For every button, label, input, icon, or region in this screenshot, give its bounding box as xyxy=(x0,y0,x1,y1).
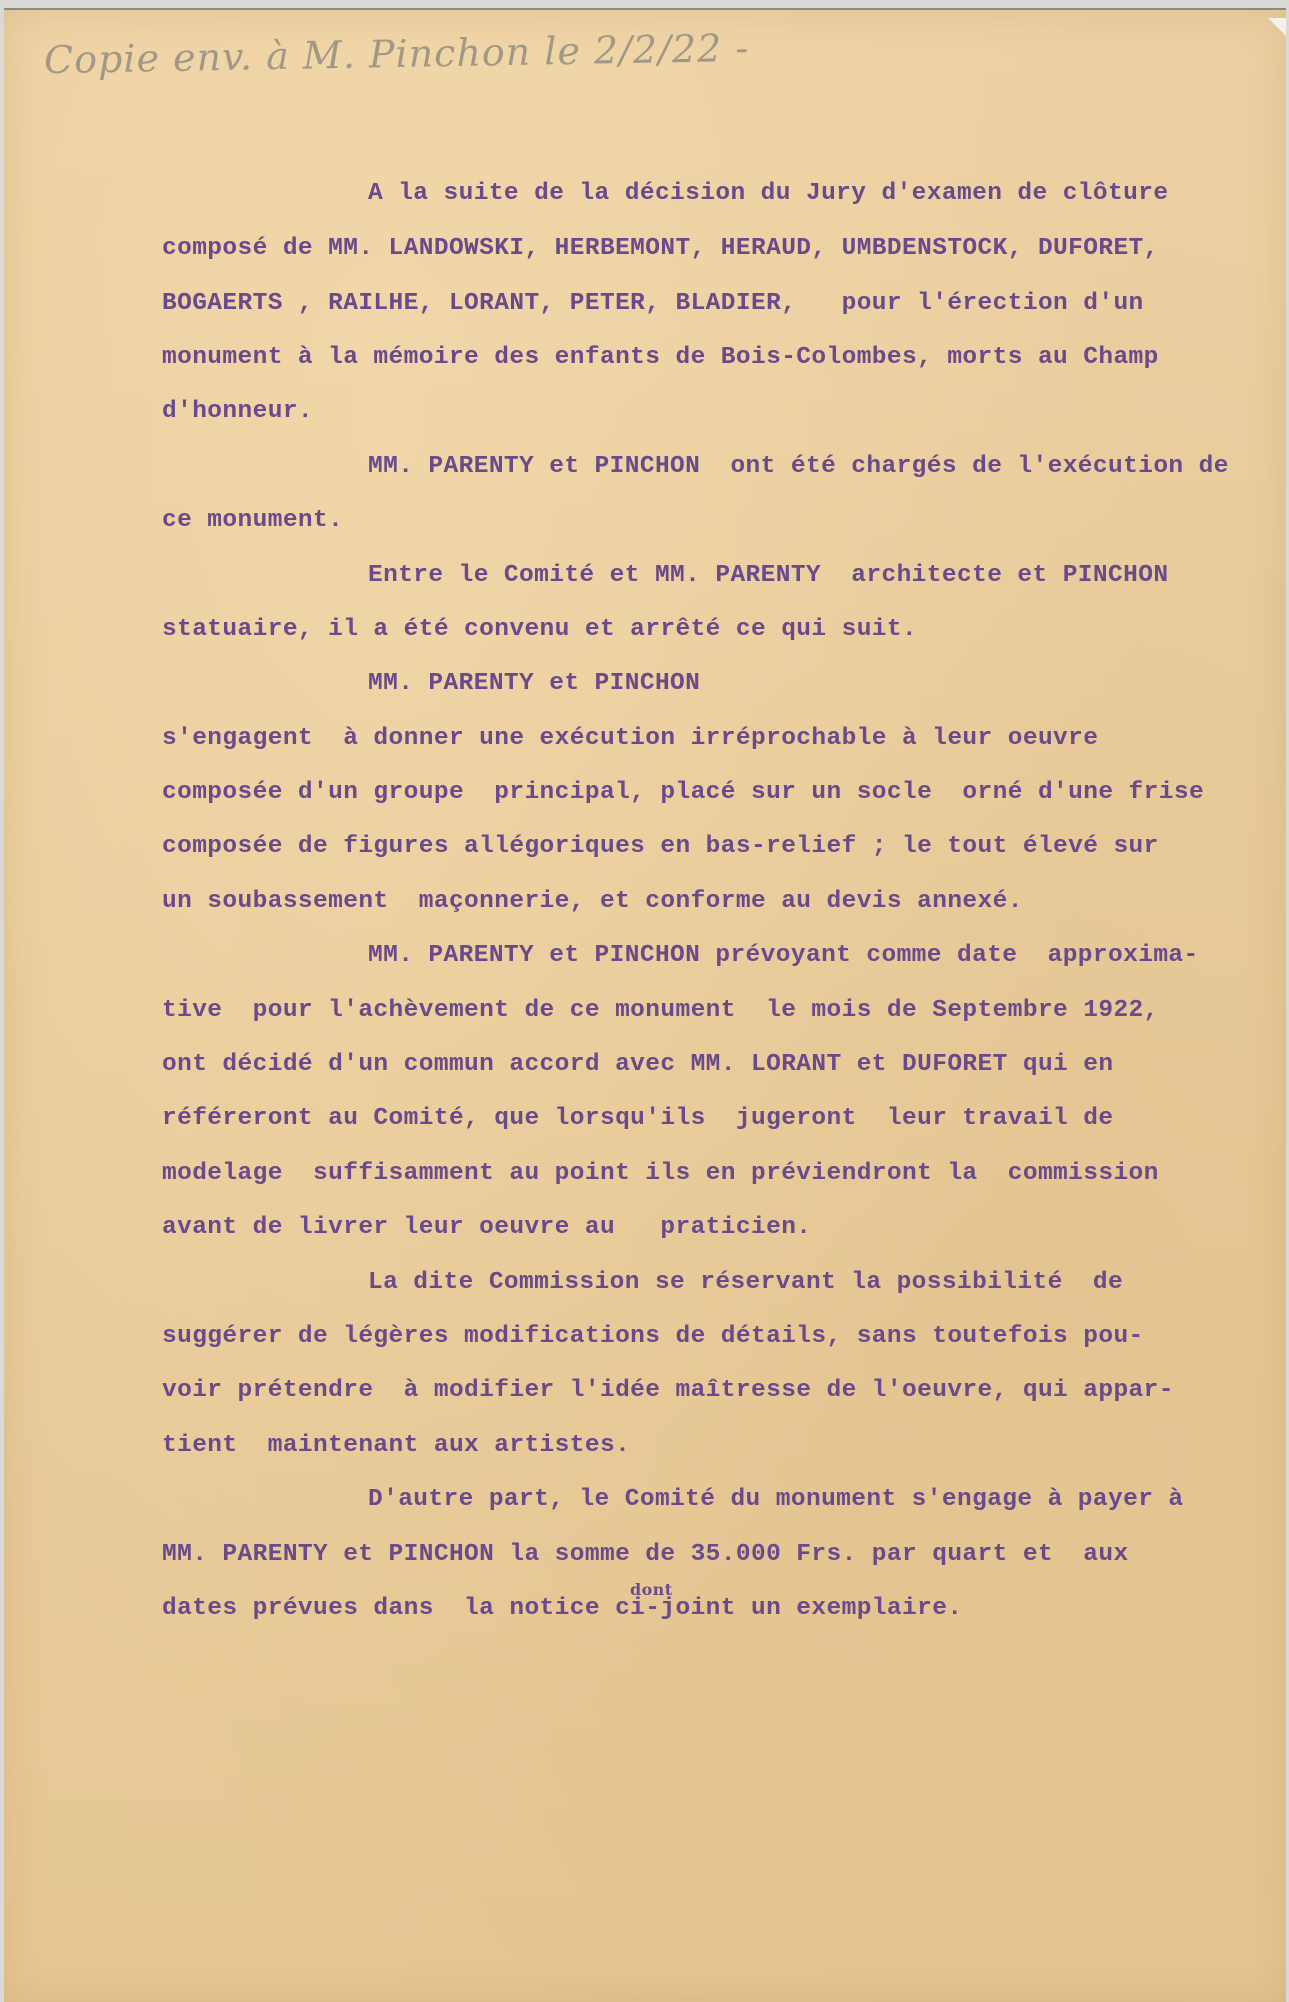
interlinear-correction: dont xyxy=(630,1580,672,1599)
text-line: D'autre part, le Comité du monument s'en… xyxy=(368,1486,1184,1513)
text-line: dates prévues dans la notice ci-joint un… xyxy=(162,1595,962,1622)
document-page: Copie env. à M. Pinchon le 2/2/22 - A la… xyxy=(4,8,1286,2000)
text-line: composée d'un groupe principal, placé su… xyxy=(162,779,1204,806)
text-line: MM. PARENTY et PINCHON ont été chargés d… xyxy=(368,453,1229,480)
text-line: tient maintenant aux artistes. xyxy=(162,1432,630,1459)
text-line: avant de livrer leur oeuvre au praticien… xyxy=(162,1214,811,1241)
text-line: d'honneur. xyxy=(162,398,313,425)
text-line: monument à la mémoire des enfants de Boi… xyxy=(162,344,1159,371)
text-line: composée de figures allégoriques en bas-… xyxy=(162,833,1159,860)
text-line: MM. PARENTY et PINCHON xyxy=(368,670,700,697)
text-line: MM. PARENTY et PINCHON prévoyant comme d… xyxy=(368,942,1199,969)
text-line: Entre le Comité et MM. PARENTY architect… xyxy=(368,562,1168,589)
text-line: MM. PARENTY et PINCHON la somme de 35.00… xyxy=(162,1541,1129,1568)
text-line: voir prétendre à modifier l'idée maîtres… xyxy=(162,1377,1174,1404)
page-corner xyxy=(1268,18,1286,36)
text-line: A la suite de la décision du Jury d'exam… xyxy=(368,180,1168,207)
text-line: statuaire, il a été convenu et arrêté ce… xyxy=(162,616,917,643)
text-line: La dite Commission se réservant la possi… xyxy=(368,1269,1123,1296)
text-line: s'engagent à donner une exécution irrépr… xyxy=(162,725,1098,752)
text-line: suggérer de légères modifications de dét… xyxy=(162,1323,1144,1350)
text-line: référeront au Comité, que lorsqu'ils jug… xyxy=(162,1105,1113,1132)
text-line: tive pour l'achèvement de ce monument le… xyxy=(162,997,1159,1024)
text-line: BOGAERTS , RAILHE, LORANT, PETER, BLADIE… xyxy=(162,290,1144,317)
text-line: composé de MM. LANDOWSKI, HERBEMONT, HER… xyxy=(162,235,1159,262)
handwritten-note: Copie env. à M. Pinchon le 2/2/22 - xyxy=(44,26,750,82)
text-line: ont décidé d'un commun accord avec MM. L… xyxy=(162,1051,1113,1078)
text-line: ce monument. xyxy=(162,507,343,534)
text-line: un soubassement maçonnerie, et conforme … xyxy=(162,888,1023,915)
text-line: modelage suffisamment au point ils en pr… xyxy=(162,1160,1159,1187)
